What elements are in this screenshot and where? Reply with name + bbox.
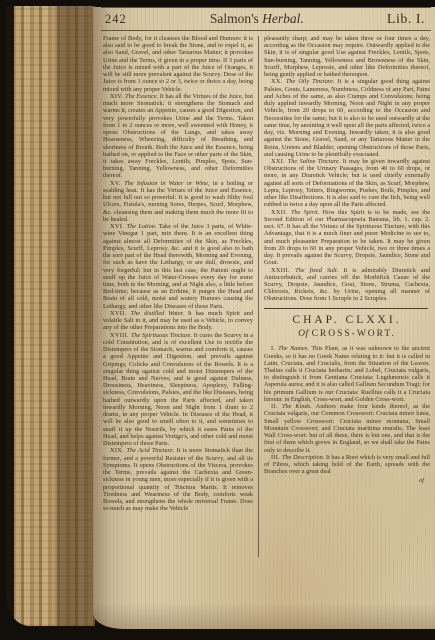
book-page-edges (6, 6, 95, 626)
paragraph: II. The Kinds. Authors make four kinds t… (264, 403, 430, 454)
catchword: of (264, 477, 430, 484)
section-title: The Kinds. (282, 403, 316, 410)
chapter-subheading: OfCROSS-WORT. (264, 329, 430, 340)
book-scan-photo: 242 Salmon's Herbal. Lib. I. Frame of Bo… (0, 0, 435, 640)
paragraph: I. The Names. This Plant, as it was unkn… (264, 345, 430, 403)
section-number: XXII. (271, 209, 291, 216)
paragraph: III. The Description. It has a Root whic… (264, 454, 430, 476)
section-number: XVI. (110, 223, 127, 230)
chapter-heading: CHAP. CLXXI. (264, 314, 430, 327)
paragraph: XXI. The Saline Tincture. It may be give… (264, 158, 430, 209)
section-title: The Names. (278, 345, 311, 352)
right-column-lower: I. The Names. This Plant, as it was unkn… (264, 345, 430, 475)
section-title: The Spirituous Tincture. (131, 332, 194, 339)
paragraph: Frame of Body, for it cleanses the Blood… (103, 35, 253, 93)
right-column-upper: pleasantly sharp; and may be taken three… (264, 35, 430, 303)
paragraph: XIV. The Essence. It has all the Virtues… (103, 93, 253, 180)
section-number: XX. (271, 78, 286, 85)
section-number: XVII. (110, 310, 131, 317)
paragraph: XVII. The distilled Water. It has much S… (103, 310, 253, 332)
paragraph: pleasantly sharp; and may be taken three… (264, 35, 430, 78)
paragraph: XVI. The Lotion. Take of the Juice 3 par… (103, 223, 253, 310)
left-column: Frame of Body, for it cleanses the Blood… (103, 35, 253, 597)
section-title: The Spirit. (291, 209, 323, 216)
section-number: XV. (110, 180, 124, 187)
page-number: 242 (105, 12, 127, 27)
paragraph: XXIII. The fixed Salt. It is admirably D… (264, 267, 430, 303)
chapter-subheading-of: Of (298, 329, 309, 339)
paragraph: XX. The Oily Tincture. It is a singular … (264, 78, 430, 158)
paragraph: XVIII. The Spirituous Tincture. It cures… (103, 332, 253, 448)
paragraph: XIX. The Acid Tincture. It is more Stoma… (103, 447, 253, 512)
section-number: II. (271, 403, 282, 410)
running-title: Salmon's Herbal. (127, 11, 387, 27)
book-page: 242 Salmon's Herbal. Lib. I. Frame of Bo… (93, 7, 435, 629)
section-title: The Acid Tincture. (127, 447, 177, 454)
section-title: The Infusion in Water or Wine, (124, 180, 213, 187)
section-title: The Saline Tincture. (288, 158, 343, 165)
running-title-rest: Herbal. (262, 11, 304, 26)
section-number: III. (271, 454, 282, 461)
section-number: XVIII. (110, 332, 131, 339)
section-number: XXIII. (271, 267, 295, 274)
section-number: XXI. (271, 158, 288, 165)
section-number: XIV. (110, 93, 125, 100)
section-title: The Oily Tincture. (286, 78, 338, 85)
paragraph: XV. The Infusion in Water or Wine, in a … (103, 180, 253, 223)
section-title: The distilled Water. (131, 310, 188, 317)
page-body: Frame of Body, for it cleanses the Blood… (93, 31, 435, 597)
right-column: pleasantly sharp; and may be taken three… (264, 35, 430, 597)
header-rule-bottom (101, 30, 431, 31)
paragraph: XXII. The Spirit. How this Spirit is to … (264, 209, 430, 267)
header-rule-top (101, 7, 431, 8)
section-title: The Essence. (125, 93, 160, 100)
chapter-subheading-name: CROSS-WORT. (312, 329, 396, 339)
volume-label: Lib. I. (387, 12, 425, 28)
chapter-rule (264, 308, 428, 310)
section-title: The Lotion. (127, 223, 159, 230)
page-header: 242 Salmon's Herbal. Lib. I. (93, 8, 435, 30)
column-divider-rule (258, 36, 259, 557)
section-title: The Description. (282, 454, 326, 461)
running-title-name: Salmon's (210, 11, 259, 26)
section-number: XIX. (110, 447, 127, 454)
section-title: The fixed Salt. (295, 267, 343, 274)
